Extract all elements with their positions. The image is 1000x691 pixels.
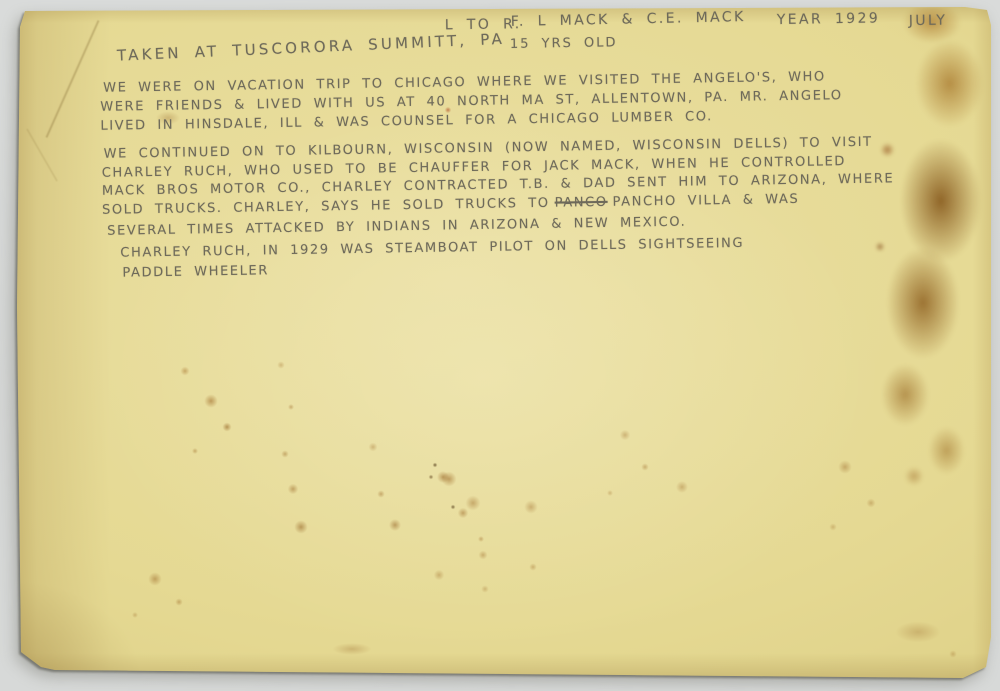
- caption-names: F. L MACK & C.E. MACK: [511, 9, 746, 30]
- photo-back-paper: L TO R. F. L MACK & C.E. MACK YEAR 1929 …: [15, 7, 991, 679]
- scanner-background: L TO R. F. L MACK & C.E. MACK YEAR 1929 …: [0, 0, 1000, 691]
- caption-location: TAKEN AT TUSCORORA SUMMITT, PA: [117, 30, 506, 65]
- note-text-after-strike: PANCHO VILLA & WAS: [612, 192, 799, 210]
- caption-age: 15 YRS OLD: [510, 35, 618, 52]
- note-line: SEVERAL TIMES ATTACKED BY INDIANS IN ARI…: [107, 215, 686, 239]
- note-line: PADDLE WHEELER: [122, 263, 269, 280]
- struck-out-word: PANCO: [555, 195, 608, 211]
- caption-month: JULY: [909, 13, 948, 30]
- note-line: CHARLEY RUCH, IN 1929 WAS STEAMBOAT PILO…: [120, 236, 744, 261]
- photo-back-wrapper: L TO R. F. L MACK & C.E. MACK YEAR 1929 …: [15, 7, 991, 679]
- note-text-before-strike: SOLD TRUCKS. CHARLEY, SAYS HE SOLD TRUCK…: [102, 196, 550, 218]
- caption-year: YEAR 1929: [777, 10, 881, 28]
- handwritten-note: L TO R. F. L MACK & C.E. MACK YEAR 1929 …: [13, 4, 994, 683]
